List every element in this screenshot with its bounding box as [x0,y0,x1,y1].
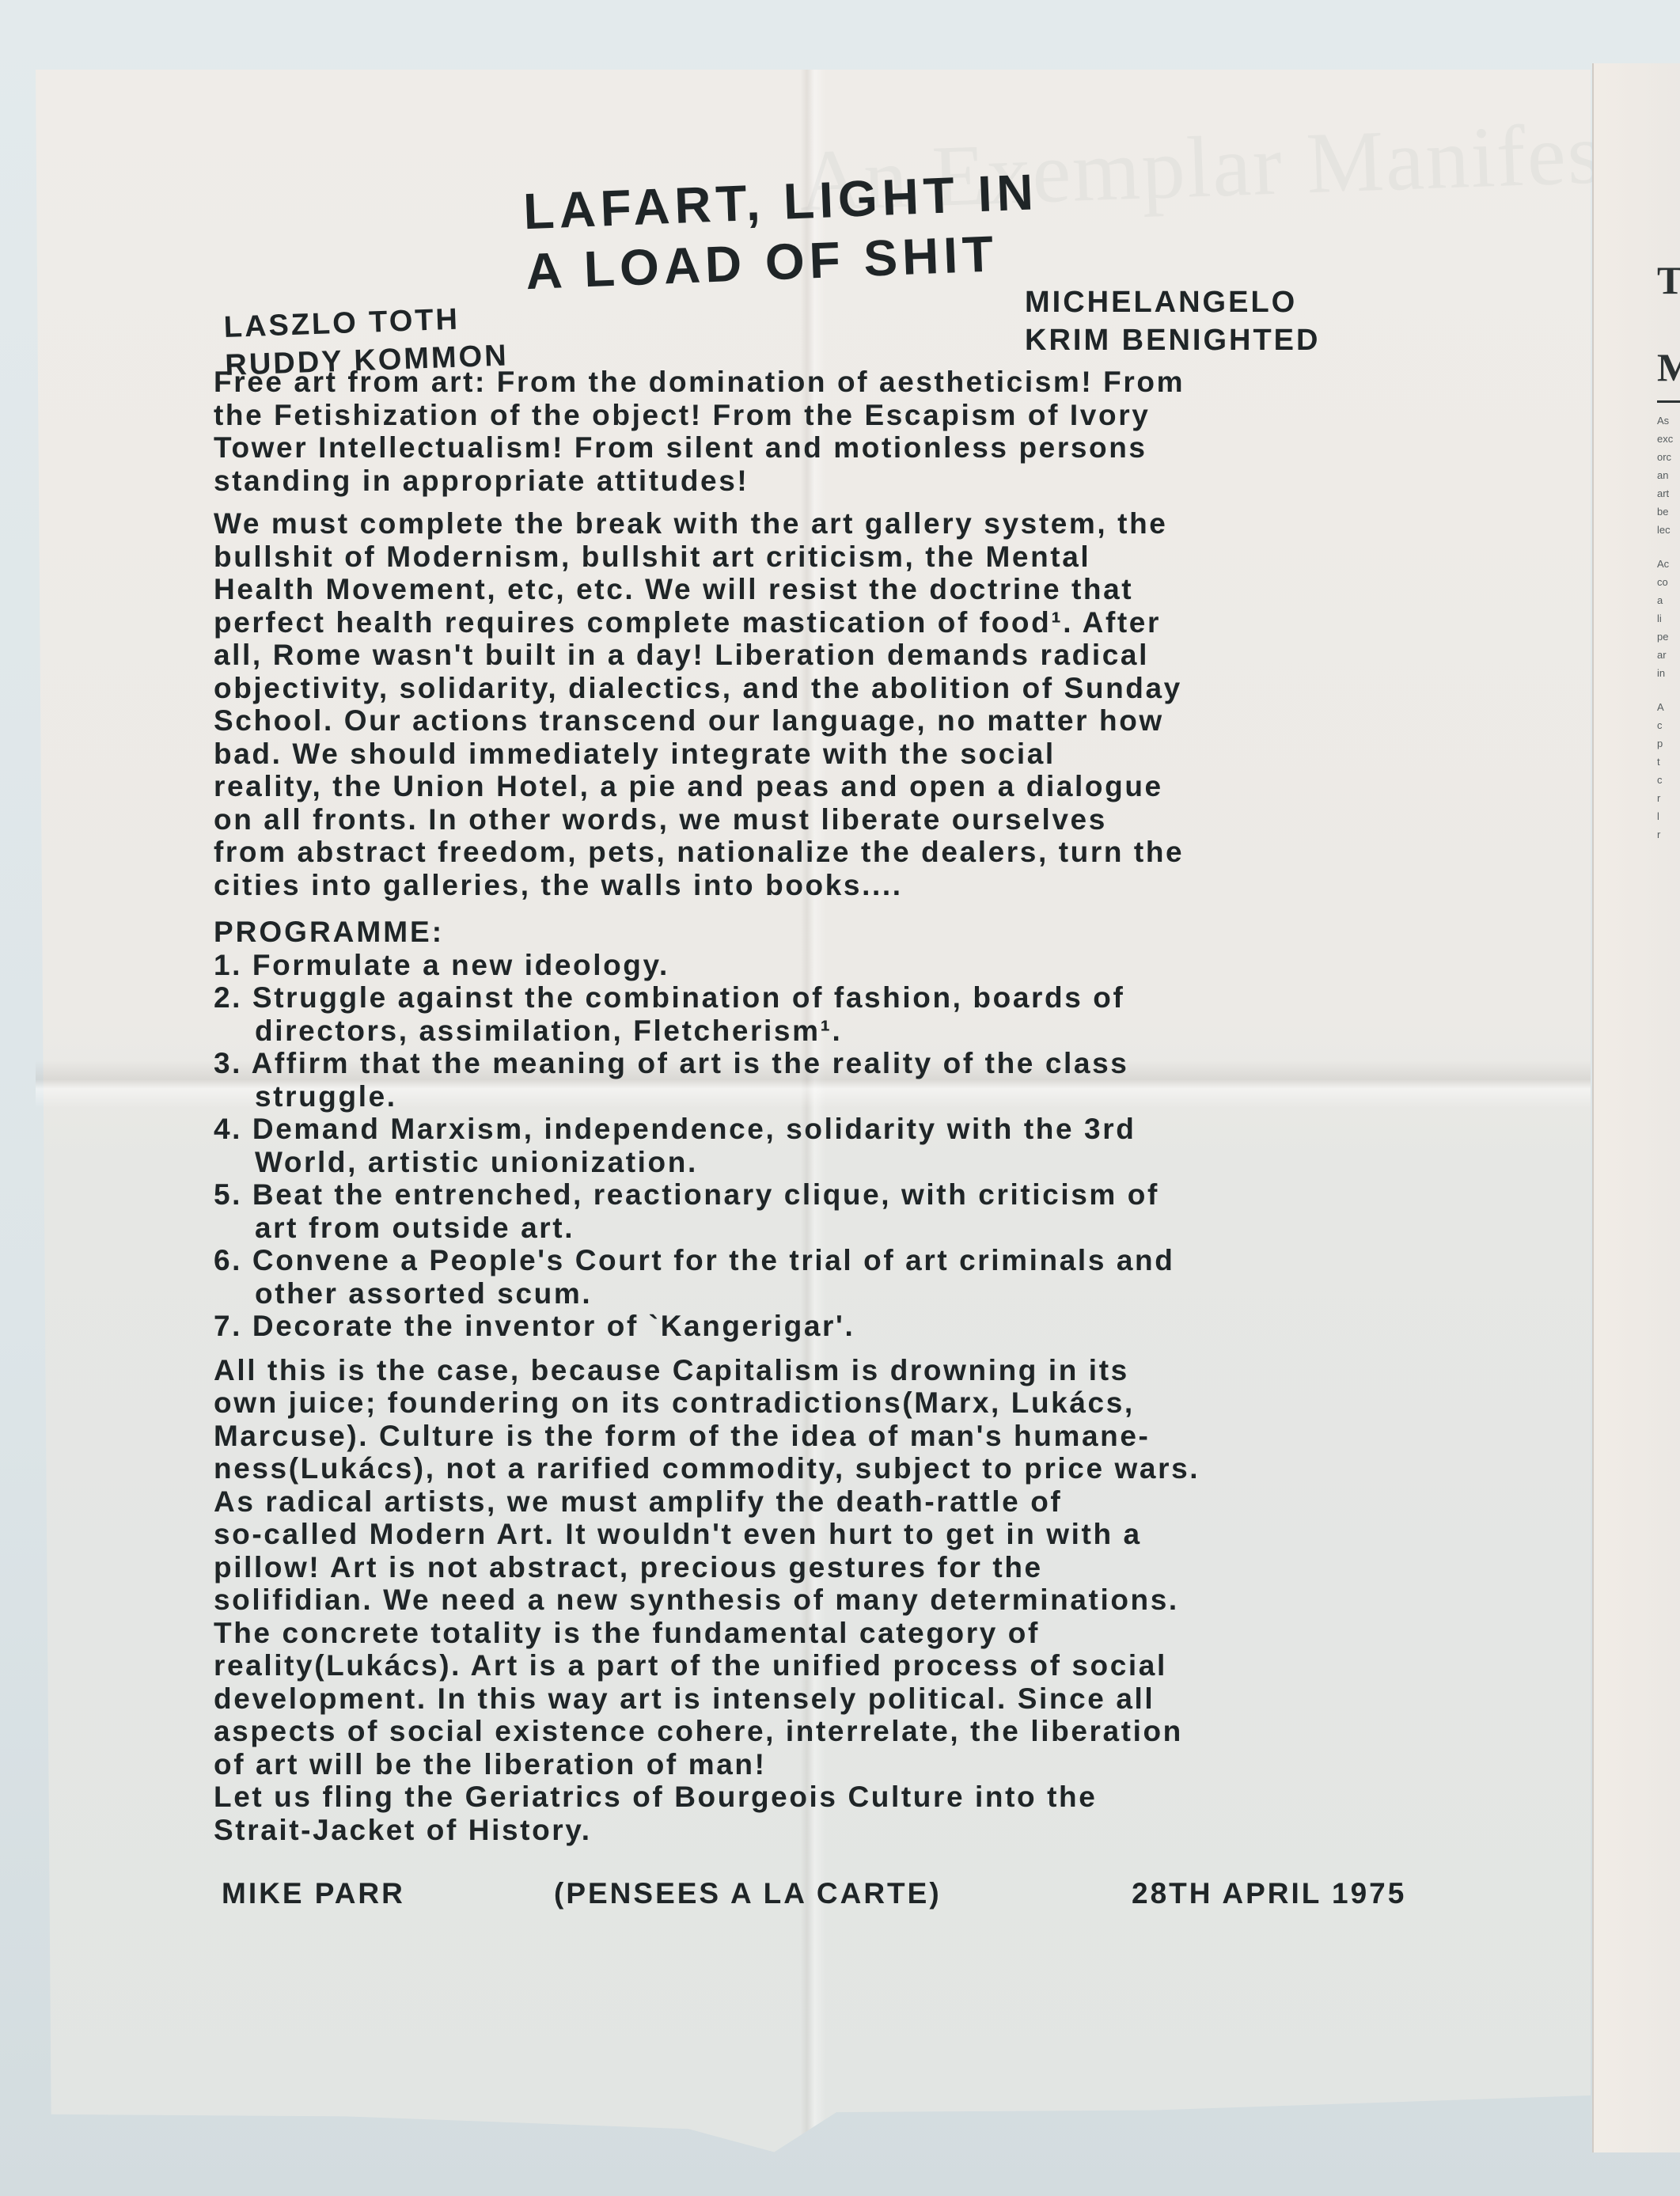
adjacent-fragment: an [1657,469,1668,481]
adjacent-fragment: co [1657,576,1668,588]
adjacent-fragment: in [1657,667,1665,679]
text-line: Strait-Jacket of History. [214,1814,1496,1847]
text-line: The concrete totality is the fundamental… [214,1617,1496,1650]
text-line: objectivity, solidarity, dialectics, and… [214,672,1496,705]
programme-item: 1. Formulate a new ideology. [214,949,1496,982]
adjacent-fragment: c [1657,719,1663,731]
adjacent-fragment: Ac [1657,558,1669,570]
adjacent-fragment: lec [1657,524,1671,536]
text-line: School. Our actions transcend our langua… [214,704,1496,738]
text-line: Tower Intellectualism! From silent and m… [214,431,1496,465]
manifesto-body: Free art from art: From the domination o… [214,366,1496,1857]
adjacent-fragment: a [1657,594,1663,606]
author-name: KRIM BENIGHTED [1025,321,1320,359]
adjacent-fragment-group: Acptcrlr [1657,698,1680,844]
signoff-name: MIKE PARR [222,1877,405,1910]
adjacent-fragment: As [1657,415,1669,427]
adjacent-fragment: exc [1657,433,1673,445]
text-line: Free art from art: From the domination o… [214,366,1496,399]
text-line: reality(Lukács). Art is a part of the un… [214,1649,1496,1682]
text-line: As radical artists, we must amplify the … [214,1485,1496,1519]
programme-item: 5. Beat the entrenched, reactionary cliq… [214,1178,1496,1244]
programme-item: 6. Convene a People's Court for the tria… [214,1244,1496,1310]
programme-item-line: art from outside art. [214,1212,1496,1245]
programme-heading: PROGRAMME: [214,916,1496,949]
text-line: from abstract freedom, pets, nationalize… [214,836,1496,869]
programme-item-line: other assorted scum. [214,1277,1496,1310]
programme-item: 7. Decorate the inventor of `Kangerigar'… [214,1310,1496,1343]
text-line: We must complete the break with the art … [214,507,1496,540]
adjacent-fragment: be [1657,506,1668,518]
adjacent-fragment: c [1657,774,1663,786]
text-line: bullshit of Modernism, bullshit art crit… [214,540,1496,574]
programme-item-line: 1. Formulate a new ideology. [214,949,1496,982]
signoff-date: 28TH APRIL 1975 [1132,1877,1406,1910]
adjacent-fragment-group: Accoalipearin [1657,555,1680,682]
programme-item: 3. Affirm that the meaning of art is the… [214,1047,1496,1113]
text-line: pillow! Art is not abstract, precious ge… [214,1551,1496,1584]
text-line: ness(Lukács), not a rarified commodity, … [214,1452,1496,1485]
text-line: aspects of social existence cohere, inte… [214,1715,1496,1748]
programme-item-line: struggle. [214,1080,1496,1113]
text-line: on all fronts. In other words, we must l… [214,803,1496,836]
adjacent-fragment-group: Asexcorcanartbelec [1657,412,1680,539]
adjacent-fragment: li [1657,613,1662,624]
adjacent-fragment: orc [1657,451,1671,463]
programme-item: 4. Demand Marxism, independence, solidar… [214,1113,1496,1178]
programme-item-line: 4. Demand Marxism, independence, solidar… [214,1113,1496,1146]
text-line: bad. We should immediately integrate wit… [214,738,1496,771]
programme-item-line: World, artistic unionization. [214,1146,1496,1179]
text-line: solifidian. We need a new synthesis of m… [214,1583,1496,1617]
programme-item: 2. Struggle against the combination of f… [214,981,1496,1047]
author-name: MICHELANGELO [1025,283,1320,321]
adjacent-fragment: l [1657,810,1659,822]
adjacent-heading-rule [1657,400,1680,403]
text-line: perfect health requires complete mastica… [214,606,1496,639]
programme-item-line: 6. Convene a People's Court for the tria… [214,1244,1496,1277]
adjacent-column-fragments: AsexcorcanartbelecAccoalipearinAcptcrlr [1657,412,1680,859]
authors-right: MICHELANGELO KRIM BENIGHTED [1025,283,1320,359]
text-line: standing in appropriate attitudes! [214,465,1496,498]
programme-item-line: directors, assimilation, Fletcherism¹. [214,1015,1496,1048]
adjacent-fragment: r [1657,829,1660,840]
adjacent-fragment: pe [1657,631,1668,643]
programme-item-line: 7. Decorate the inventor of `Kangerigar'… [214,1310,1496,1343]
adjacent-fragment: r [1657,792,1660,804]
adjacent-fragment: art [1657,487,1669,499]
adjacent-page-edge: T M AsexcorcanartbelecAccoalipearinAcptc… [1592,63,1680,2152]
adjacent-heading-letter: M [1657,344,1680,390]
programme-item-line: 3. Affirm that the meaning of art is the… [214,1047,1496,1080]
programme-item-line: 2. Struggle against the combination of f… [214,981,1496,1015]
text-line: Let us fling the Geriatrics of Bourgeois… [214,1781,1496,1814]
text-line: Marcuse). Culture is the form of the ide… [214,1420,1496,1453]
manifesto-title: LAFART, LIGHT IN A LOAD OF SHIT [506,161,1064,302]
text-line: cities into galleries, the walls into bo… [214,869,1496,902]
adjacent-fragment: ar [1657,649,1667,661]
closing-paragraph: All this is the case, because Capitalism… [214,1354,1496,1847]
adjacent-fragment: A [1657,701,1664,713]
text-line: own juice; foundering on its contradicti… [214,1386,1496,1420]
programme-list: 1. Formulate a new ideology.2. Struggle … [214,949,1496,1343]
body-paragraph: We must complete the break with the art … [214,507,1496,901]
text-line: reality, the Union Hotel, a pie and peas… [214,770,1496,803]
programme-item-line: 5. Beat the entrenched, reactionary cliq… [214,1178,1496,1212]
text-line: All this is the case, because Capitalism… [214,1354,1496,1387]
adjacent-fragment: p [1657,738,1663,749]
text-line: all, Rome wasn't built in a day! Liberat… [214,639,1496,672]
text-line: of art will be the liberation of man! [214,1748,1496,1781]
text-line: development. In this way art is intensel… [214,1682,1496,1716]
adjacent-heading-letter: T [1657,257,1680,303]
adjacent-fragment: t [1657,756,1660,768]
signoff-alias: (PENSEES A LA CARTE) [554,1877,942,1910]
text-line: Health Movement, etc, etc. We will resis… [214,573,1496,606]
intro-paragraph: Free art from art: From the domination o… [214,366,1496,497]
text-line: so-called Modern Art. It wouldn't even h… [214,1518,1496,1551]
text-line: the Fetishization of the object! From th… [214,399,1496,432]
